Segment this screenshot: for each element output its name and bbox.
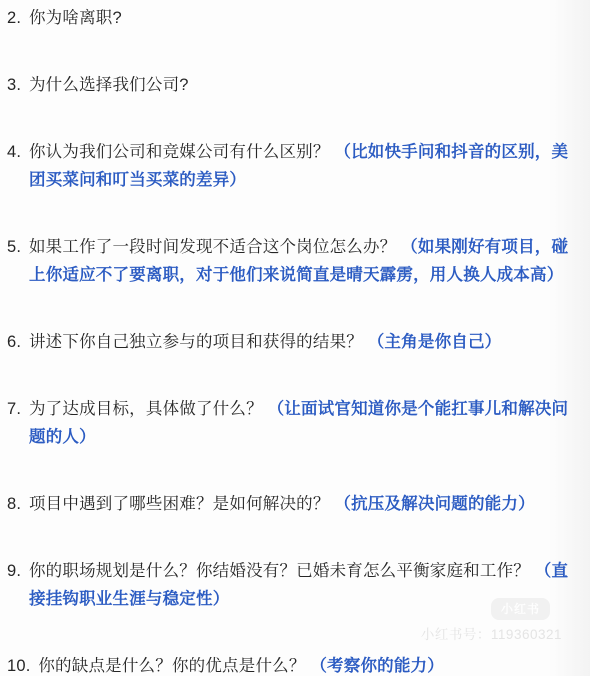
question-number: 7. (7, 400, 21, 418)
document-page: { "page": { "background": "#fdfdfd", "te… (0, 0, 590, 676)
question-text: 如果工作了一段时间发现不适合这个岗位怎么办？ (29, 238, 396, 256)
question-note: （抗压及解决问题的能力） (334, 495, 534, 513)
question-item: 2. 你为啥离职? (7, 4, 580, 32)
question-item: 9. 你的职场规划是什么？你结婚没有？已婚未育怎么平衡家庭和工作？ （直接挂钩职… (7, 557, 580, 613)
question-number: 6. (7, 333, 21, 351)
question-number: 10. (7, 657, 31, 675)
question-note: （主角是你自己） (368, 333, 502, 351)
question-text: 你为啥离职? (29, 9, 122, 27)
question-number: 3. (7, 76, 21, 94)
question-text: 项目中遇到了哪些困难？是如何解决的？ (29, 495, 330, 513)
question-item: 4. 你认为我们公司和竞媒公司有什么区别？ （比如快手问和抖音的区别，美团买菜问… (7, 138, 580, 194)
question-text: 你的职场规划是什么？你结婚没有？已婚未育怎么平衡家庭和工作？ (29, 562, 530, 580)
question-note: （考察你的能力） (310, 657, 444, 675)
question-number: 2. (7, 9, 21, 27)
question-item: 3. 为什么选择我们公司? (7, 71, 580, 99)
question-text: 讲述下你自己独立参与的项目和获得的结果？ (29, 333, 363, 351)
question-text: 你的缺点是什么？你的优点是什么？ (38, 657, 305, 675)
question-item: 6. 讲述下你自己独立参与的项目和获得的结果？ （主角是你自己） (7, 328, 580, 356)
question-number: 5. (7, 238, 21, 256)
question-list: 2. 你为啥离职?3. 为什么选择我们公司?4. 你认为我们公司和竞媒公司有什么… (7, 4, 580, 676)
question-number: 9. (7, 562, 21, 580)
question-text: 你认为我们公司和竞媒公司有什么区别？ (29, 143, 330, 161)
question-number: 8. (7, 495, 21, 513)
question-text: 为了达成目标，具体做了什么？ (29, 400, 263, 418)
question-item: 7. 为了达成目标，具体做了什么？ （让面试官知道你是个能扛事儿和解决问题的人） (7, 395, 580, 451)
question-item: 10. 你的缺点是什么？你的优点是什么？ （考察你的能力） (7, 652, 580, 676)
question-number: 4. (7, 143, 21, 161)
question-item: 8. 项目中遇到了哪些困难？是如何解决的？ （抗压及解决问题的能力） (7, 490, 580, 518)
question-text: 为什么选择我们公司? (29, 76, 189, 94)
question-item: 5. 如果工作了一段时间发现不适合这个岗位怎么办？ （如果刚好有项目，碰上你适应… (7, 233, 580, 289)
